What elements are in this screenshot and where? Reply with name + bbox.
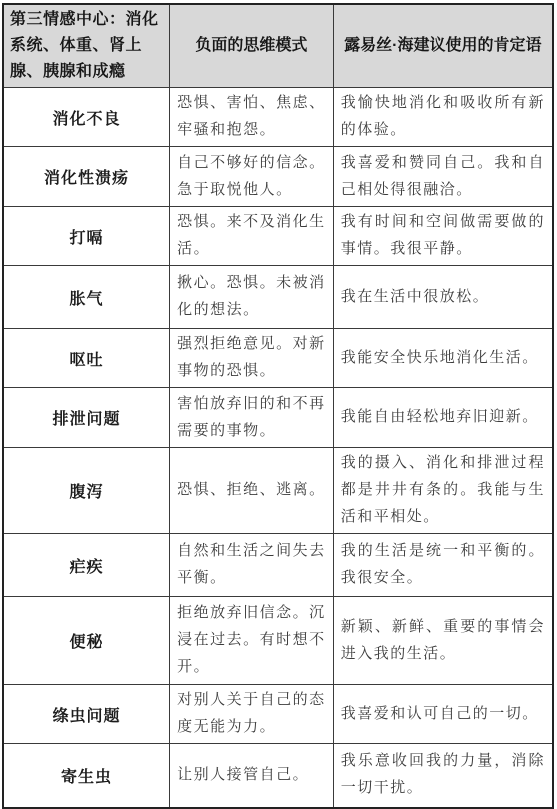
affirmation-cell: 我有时间和空间做需要做的事情。我很平静。 bbox=[333, 207, 553, 266]
pattern-cell: 害怕放弃旧的和不再需要的事物。 bbox=[170, 388, 334, 448]
table-row: 便秘 拒绝放弃旧信念。沉浸在过去。有时想不开。 新颖、新鲜、重要的事情会进入我的… bbox=[3, 597, 553, 685]
pattern-cell: 让别人接管自己。 bbox=[170, 744, 334, 808]
affirmation-cell: 我喜爱和赞同自己。我和自己相处得很融洽。 bbox=[333, 147, 553, 207]
pattern-cell: 强烈拒绝意见。对新事物的恐惧。 bbox=[170, 329, 334, 388]
pattern-cell: 恐惧、害怕、焦虑、牢骚和抱怨。 bbox=[170, 88, 334, 147]
affirmation-cell: 我的摄入、消化和排泄过程都是井井有条的。我能与生活和平相处。 bbox=[333, 448, 553, 534]
pattern-cell: 对别人关于自己的态度无能为力。 bbox=[170, 685, 334, 744]
table-header-row: 第三情感中心：消化系统、体重、肾上腺、胰腺和成瘾 负面的思维模式 露易丝·海建议… bbox=[3, 4, 553, 88]
pattern-cell: 恐惧。来不及消化生活。 bbox=[170, 207, 334, 266]
table-row: 消化性溃疡 自己不够好的信念。急于取悦他人。 我喜爱和赞同自己。我和自己相处得很… bbox=[3, 147, 553, 207]
ailment-cell: 胀气 bbox=[3, 266, 170, 329]
affirmation-cell: 我能安全快乐地消化生活。 bbox=[333, 329, 553, 388]
ailment-cell: 绦虫问题 bbox=[3, 685, 170, 744]
table-row: 胀气 揪心。恐惧。未被消化的想法。 我在生活中很放松。 bbox=[3, 266, 553, 329]
ailment-cell: 排泄问题 bbox=[3, 388, 170, 448]
table-row: 打嗝 恐惧。来不及消化生活。 我有时间和空间做需要做的事情。我很平静。 bbox=[3, 207, 553, 266]
table-row: 疟疾 自然和生活之间失去平衡。 我的生活是统一和平衡的。我很安全。 bbox=[3, 534, 553, 597]
ailment-cell: 消化不良 bbox=[3, 88, 170, 147]
ailment-cell: 疟疾 bbox=[3, 534, 170, 597]
ailment-cell: 打嗝 bbox=[3, 207, 170, 266]
pattern-cell: 恐惧、拒绝、逃离。 bbox=[170, 448, 334, 534]
ailment-cell: 消化性溃疡 bbox=[3, 147, 170, 207]
affirmation-cell: 我能自由轻松地弃旧迎新。 bbox=[333, 388, 553, 448]
table-row: 腹泻 恐惧、拒绝、逃离。 我的摄入、消化和排泄过程都是井井有条的。我能与生活和平… bbox=[3, 448, 553, 534]
pattern-cell: 揪心。恐惧。未被消化的想法。 bbox=[170, 266, 334, 329]
ailment-cell: 寄生虫 bbox=[3, 744, 170, 808]
ailment-cell: 呕吐 bbox=[3, 329, 170, 388]
table-row: 寄生虫 让别人接管自己。 我乐意收回我的力量，消除一切干扰。 bbox=[3, 744, 553, 808]
ailment-cell: 便秘 bbox=[3, 597, 170, 685]
affirmation-cell: 新颖、新鲜、重要的事情会进入我的生活。 bbox=[333, 597, 553, 685]
affirmation-cell: 我愉快地消化和吸收所有新的体验。 bbox=[333, 88, 553, 147]
affirmation-cell: 我的生活是统一和平衡的。我很安全。 bbox=[333, 534, 553, 597]
header-affirmations: 露易丝·海建议使用的肯定语 bbox=[333, 4, 553, 88]
table-row: 消化不良 恐惧、害怕、焦虑、牢骚和抱怨。 我愉快地消化和吸收所有新的体验。 bbox=[3, 88, 553, 147]
pattern-cell: 自然和生活之间失去平衡。 bbox=[170, 534, 334, 597]
affirmation-cell: 我喜爱和认可自己的一切。 bbox=[333, 685, 553, 744]
affirmation-table: 第三情感中心：消化系统、体重、肾上腺、胰腺和成瘾 负面的思维模式 露易丝·海建议… bbox=[2, 3, 554, 809]
affirmation-cell: 我乐意收回我的力量，消除一切干扰。 bbox=[333, 744, 553, 808]
pattern-cell: 自己不够好的信念。急于取悦他人。 bbox=[170, 147, 334, 207]
affirmation-cell: 我在生活中很放松。 bbox=[333, 266, 553, 329]
header-emotional-center: 第三情感中心：消化系统、体重、肾上腺、胰腺和成瘾 bbox=[3, 4, 170, 88]
header-negative-patterns: 负面的思维模式 bbox=[170, 4, 334, 88]
ailment-cell: 腹泻 bbox=[3, 448, 170, 534]
table-row: 排泄问题 害怕放弃旧的和不再需要的事物。 我能自由轻松地弃旧迎新。 bbox=[3, 388, 553, 448]
pattern-cell: 拒绝放弃旧信念。沉浸在过去。有时想不开。 bbox=[170, 597, 334, 685]
table-row: 绦虫问题 对别人关于自己的态度无能为力。 我喜爱和认可自己的一切。 bbox=[3, 685, 553, 744]
scanned-page: 第三情感中心：消化系统、体重、肾上腺、胰腺和成瘾 负面的思维模式 露易丝·海建议… bbox=[0, 0, 557, 802]
table-row: 呕吐 强烈拒绝意见。对新事物的恐惧。 我能安全快乐地消化生活。 bbox=[3, 329, 553, 388]
